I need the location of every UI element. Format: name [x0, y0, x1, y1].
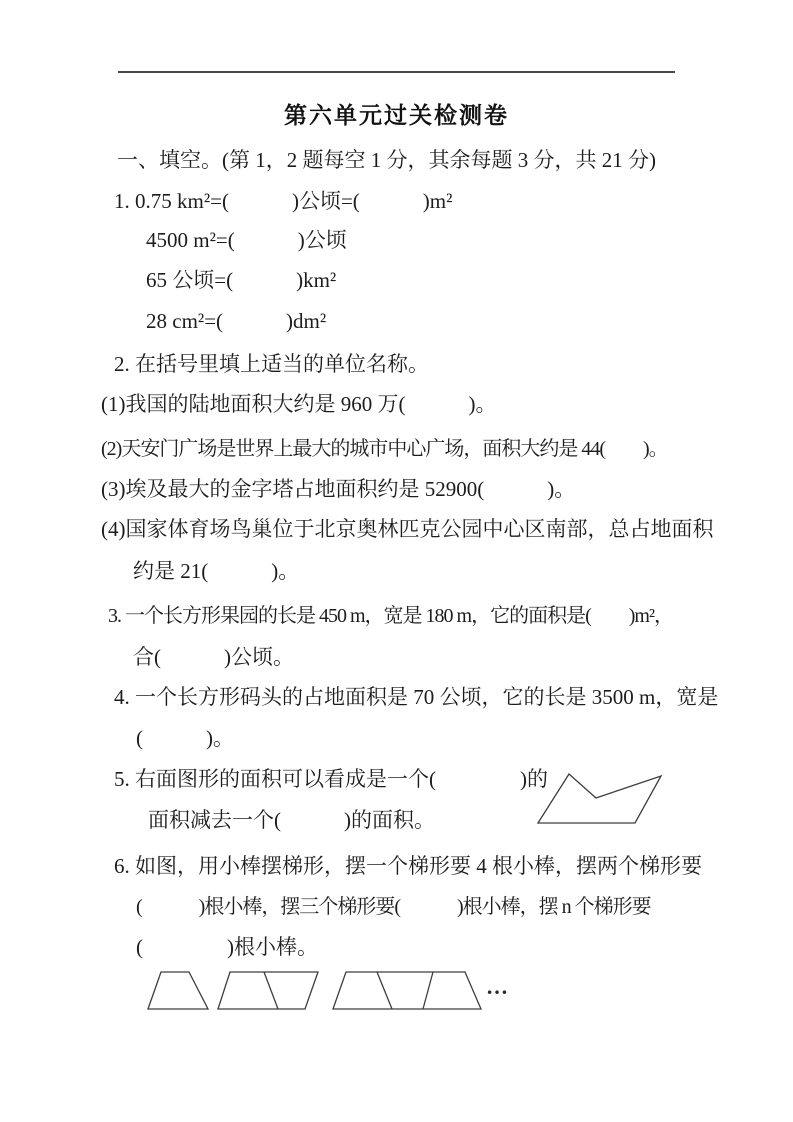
q1-line-4: 28 cm²=( )dm² — [146, 309, 326, 333]
q5-line-2: 面积减去一个( )的面积。 — [148, 808, 435, 832]
q2-heading: 2. 在括号里填上适当的单位名称。 — [114, 352, 429, 376]
q5-figure — [527, 764, 675, 828]
q4-line-1: 4. 一个长方形码头的占地面积是 70 公顷，它的长是 3500 m，宽是 — [114, 685, 718, 709]
trapezoid-pair-divider — [264, 972, 278, 1009]
q6-line-1: 6. 如图，用小棒摆梯形，摆一个梯形要 4 根小棒，摆两个梯形要 — [114, 854, 702, 878]
q2-sub-1: (1)我国的陆地面积大约是 960 万( )。 — [101, 392, 496, 416]
trapezoid-sequence-ellipsis: … — [486, 974, 509, 1000]
trapezoid-triple — [333, 972, 481, 1009]
top-divider-rule — [118, 71, 675, 73]
section-one-heading: 一、填空。(第 1，2 题每空 1 分，其余每题 3 分，共 21 分) — [117, 148, 656, 172]
q4-line-2: ( )。 — [136, 726, 234, 750]
trapezoid-pair — [218, 972, 318, 1009]
trapezoid-single — [148, 972, 208, 1009]
q2-sub-2: (2)天安门广场是世界上最大的城市中心广场，面积大约是 44( )。 — [101, 437, 668, 461]
q1-line-3: 65 公顷=( )km² — [146, 268, 336, 292]
q2-sub-3: (3)埃及最大的金字塔占地面积约是 52900( )。 — [101, 477, 575, 501]
test-paper-page: 第六单元过关检测卷 一、填空。(第 1，2 题每空 1 分，其余每题 3 分，共… — [0, 0, 793, 1122]
trapezoid-triple-divider-2 — [423, 972, 433, 1009]
q2-sub-4-line-2: 约是 21( )。 — [133, 559, 299, 583]
concave-polygon — [538, 774, 661, 823]
trapezoid-triple-divider-1 — [377, 972, 392, 1009]
q2-sub-4-line-1: (4)国家体育场鸟巢位于北京奥林匹克公园中心区南部，总占地面积 — [101, 517, 713, 541]
q1-line-1: 1. 0.75 km²=( )公顷=( )m² — [114, 189, 452, 213]
q3-line-2: 合( )公顷。 — [133, 645, 294, 669]
q3-line-1: 3. 一个长方形果园的长是 450 m，宽是 180 m，它的面积是( )m²， — [108, 604, 673, 628]
q6-line-3: ( )根小棒。 — [136, 935, 318, 959]
q6-line-2: ( )根小棒，摆三个梯形要( )根小棒，摆 n 个梯形要 — [136, 895, 651, 919]
q6-figure — [140, 962, 500, 1014]
q5-line-1: 5. 右面图形的面积可以看成是一个( )的 — [114, 767, 548, 791]
page-title: 第六单元过关检测卷 — [0, 97, 793, 130]
q1-line-2: 4500 m²=( )公顷 — [146, 228, 347, 252]
